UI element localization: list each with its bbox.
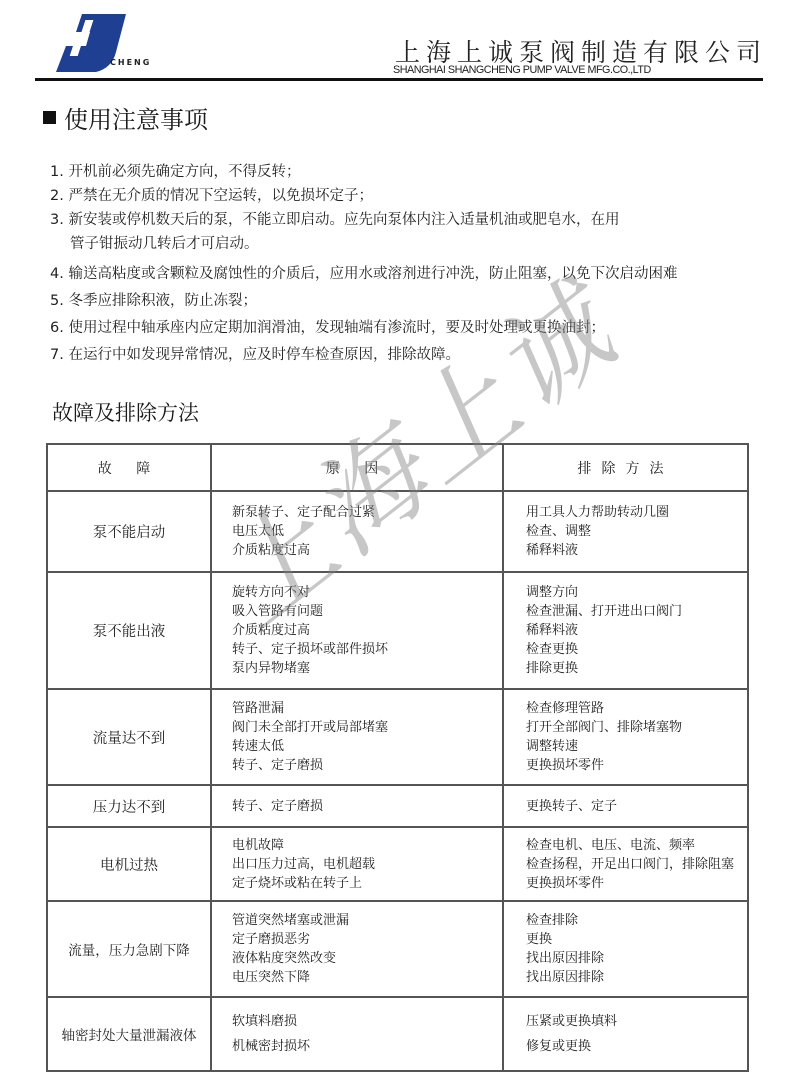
- cause-line: 电压太低: [232, 522, 502, 541]
- cause-line: 出口压力过高，电机超载: [232, 855, 502, 874]
- fix-line: 压紧或更换填料: [526, 1012, 747, 1031]
- fix-line: 更换损坏零件: [526, 756, 747, 775]
- company-name-en: SHANGHAI SHANGCHENG PUMP VALVE MFG.CO.,L…: [393, 64, 651, 76]
- usage-title-text: 使用注意事项: [64, 100, 208, 135]
- fix-line: 检查泄漏、打开进出口阀门: [526, 602, 747, 621]
- cause-line: 介质粘度过高: [232, 541, 502, 560]
- cause-line: 转速太低: [232, 737, 502, 756]
- fix-line: 检查电机、电压、电流、频率: [526, 836, 747, 855]
- header-divider: [35, 78, 763, 81]
- fix-line: 找出原因排除: [526, 968, 747, 987]
- cause-line: 旋转方向不对: [232, 583, 502, 602]
- cause-line: 新泵转子、定子配合过紧: [232, 503, 502, 522]
- table-row: 轴密封处大量泄漏液体软填料磨损机械密封损坏压紧或更换填料修复或更换: [47, 997, 748, 1071]
- fix-line: 更换转子、定子: [526, 797, 747, 816]
- table-row: 电机过热电机故障出口压力过高，电机超载定子烧坏或粘在转子上检查电机、电压、电流、…: [47, 827, 748, 901]
- fix-cell: 检查电机、电压、电流、频率检查扬程，开足出口阀门，排除阻塞更换损坏零件: [503, 827, 748, 901]
- cause-line: 介质粘度过高: [232, 621, 502, 640]
- usage-notes: 1. 开机前必须先确定方向，不得反转； 2. 严禁在无介质的情况下空运转，以免损…: [50, 160, 770, 367]
- cause-cell: 管道突然堵塞或泄漏定子磨损恶劣液体粘度突然改变电压突然下降: [211, 901, 503, 997]
- cause-line: 电机故障: [232, 836, 502, 855]
- fault-cell: 电机过热: [47, 827, 211, 901]
- header-cause: 原 因: [211, 444, 503, 491]
- table-row: 泵不能启动新泵转子、定子配合过紧电压太低介质粘度过高用工具人力帮助转动几圈检查、…: [47, 491, 748, 572]
- cause-cell: 软填料磨损机械密封损坏: [211, 997, 503, 1071]
- square-bullet-icon: [43, 111, 56, 124]
- logo-text: CHENG: [110, 58, 151, 67]
- fault-cell: 压力达不到: [47, 785, 211, 827]
- note-item: 2. 严禁在无介质的情况下空运转，以免损坏定子；: [50, 184, 770, 208]
- fix-line: 更换: [526, 930, 747, 949]
- fix-cell: 更换转子、定子: [503, 785, 748, 827]
- cause-line: 吸入管路有问题: [232, 602, 502, 621]
- cause-line: 定子磨损恶劣: [232, 930, 502, 949]
- cause-cell: 管路泄漏阀门未全部打开或局部堵塞转速太低转子、定子磨损: [211, 689, 503, 785]
- fix-line: 检查修理管路: [526, 699, 747, 718]
- cause-line: 转子、定子磨损: [232, 756, 502, 775]
- note-item: 4. 输送高粘度或含颗粒及腐蚀性的介质后，应用水或溶剂进行冲洗，防止阻塞，以免下…: [50, 262, 770, 286]
- fix-line: 更换损坏零件: [526, 874, 747, 893]
- cause-line: 管路泄漏: [232, 699, 502, 718]
- cause-line: 电压突然下降: [232, 968, 502, 987]
- cause-line: 泵内异物堵塞: [232, 659, 502, 678]
- fix-line: 排除更换: [526, 659, 747, 678]
- usage-section-title: 使用注意事项: [43, 100, 208, 135]
- note-item: 7. 在运行中如发现异常情况，应及时停车检查原因，排除故障。: [50, 343, 770, 367]
- troubleshooting-title: 故障及排除方法: [52, 397, 199, 427]
- fix-cell: 调整方向检查泄漏、打开进出口阀门稀释料液检查更换排除更换: [503, 572, 748, 689]
- cause-line: 软填料磨损: [232, 1012, 502, 1031]
- table-row: 压力达不到转子、定子磨损更换转子、定子: [47, 785, 748, 827]
- fix-line: 打开全部阀门、排除堵塞物: [526, 718, 747, 737]
- cause-line: 转子、定子损坏或部件损坏: [232, 640, 502, 659]
- fix-cell: 压紧或更换填料修复或更换: [503, 997, 748, 1071]
- fix-line: 稀释料液: [526, 541, 747, 560]
- fix-line: 检查排除: [526, 911, 747, 930]
- note-item: 3. 新安装或停机数天后的泵，不能立即启动。应先向泵体内注入适量机油或肥皂水，在…: [50, 208, 770, 232]
- fix-line: 找出原因排除: [526, 949, 747, 968]
- fix-line: 检查更换: [526, 640, 747, 659]
- cause-line: 机械密封损坏: [232, 1037, 502, 1056]
- header-fault: 故 障: [47, 444, 211, 491]
- fault-cell: 泵不能出液: [47, 572, 211, 689]
- fix-cell: 用工具人力帮助转动几圈检查、调整稀释料液: [503, 491, 748, 572]
- fix-line: 用工具人力帮助转动几圈: [526, 503, 747, 522]
- table-row: 泵不能出液旋转方向不对吸入管路有问题介质粘度过高转子、定子损坏或部件损坏泵内异物…: [47, 572, 748, 689]
- fix-line: 调整转速: [526, 737, 747, 756]
- fix-cell: 检查修理管路打开全部阀门、排除堵塞物调整转速更换损坏零件: [503, 689, 748, 785]
- fix-line: 稀释料液: [526, 621, 747, 640]
- note-item: 5. 冬季应排除积液，防止冻裂；: [50, 289, 770, 313]
- cause-cell: 新泵转子、定子配合过紧电压太低介质粘度过高: [211, 491, 503, 572]
- troubleshooting-table: 故 障 原 因 排除方法 泵不能启动新泵转子、定子配合过紧电压太低介质粘度过高用…: [46, 443, 749, 1072]
- note-item: 1. 开机前必须先确定方向，不得反转；: [50, 160, 770, 184]
- page-header: CHENG 上海上诚泵阀制造有限公司 SHANGHAI SHANGCHENG P…: [0, 0, 800, 90]
- note-item: 6. 使用过程中轴承座内应定期加润滑油，发现轴端有渗流时，要及时处理或更换油封；: [50, 316, 770, 340]
- cause-line: 阀门未全部打开或局部堵塞: [232, 718, 502, 737]
- fix-line: 修复或更换: [526, 1037, 747, 1056]
- note-item-continuation: 管子钳振动几转后才可启动。: [50, 232, 770, 256]
- cause-cell: 转子、定子磨损: [211, 785, 503, 827]
- fault-cell: 流量达不到: [47, 689, 211, 785]
- cause-line: 液体粘度突然改变: [232, 949, 502, 968]
- fix-line: 检查扬程，开足出口阀门，排除阻塞: [526, 855, 747, 874]
- cause-cell: 旋转方向不对吸入管路有问题介质粘度过高转子、定子损坏或部件损坏泵内异物堵塞: [211, 572, 503, 689]
- fault-cell: 泵不能启动: [47, 491, 211, 572]
- cause-cell: 电机故障出口压力过高，电机超载定子烧坏或粘在转子上: [211, 827, 503, 901]
- fault-cell: 轴密封处大量泄漏液体: [47, 997, 211, 1071]
- table-header-row: 故 障 原 因 排除方法: [47, 444, 748, 491]
- fix-line: 检查、调整: [526, 522, 747, 541]
- table-row: 流量达不到管路泄漏阀门未全部打开或局部堵塞转速太低转子、定子磨损检查修理管路打开…: [47, 689, 748, 785]
- table-row: 流量，压力急剧下降管道突然堵塞或泄漏定子磨损恶劣液体粘度突然改变电压突然下降检查…: [47, 901, 748, 997]
- cause-line: 转子、定子磨损: [232, 797, 502, 816]
- header-fix: 排除方法: [503, 444, 748, 491]
- fix-cell: 检查排除更换找出原因排除找出原因排除: [503, 901, 748, 997]
- cause-line: 定子烧坏或粘在转子上: [232, 874, 502, 893]
- fix-line: 调整方向: [526, 583, 747, 602]
- fault-cell: 流量，压力急剧下降: [47, 901, 211, 997]
- cause-line: 管道突然堵塞或泄漏: [232, 911, 502, 930]
